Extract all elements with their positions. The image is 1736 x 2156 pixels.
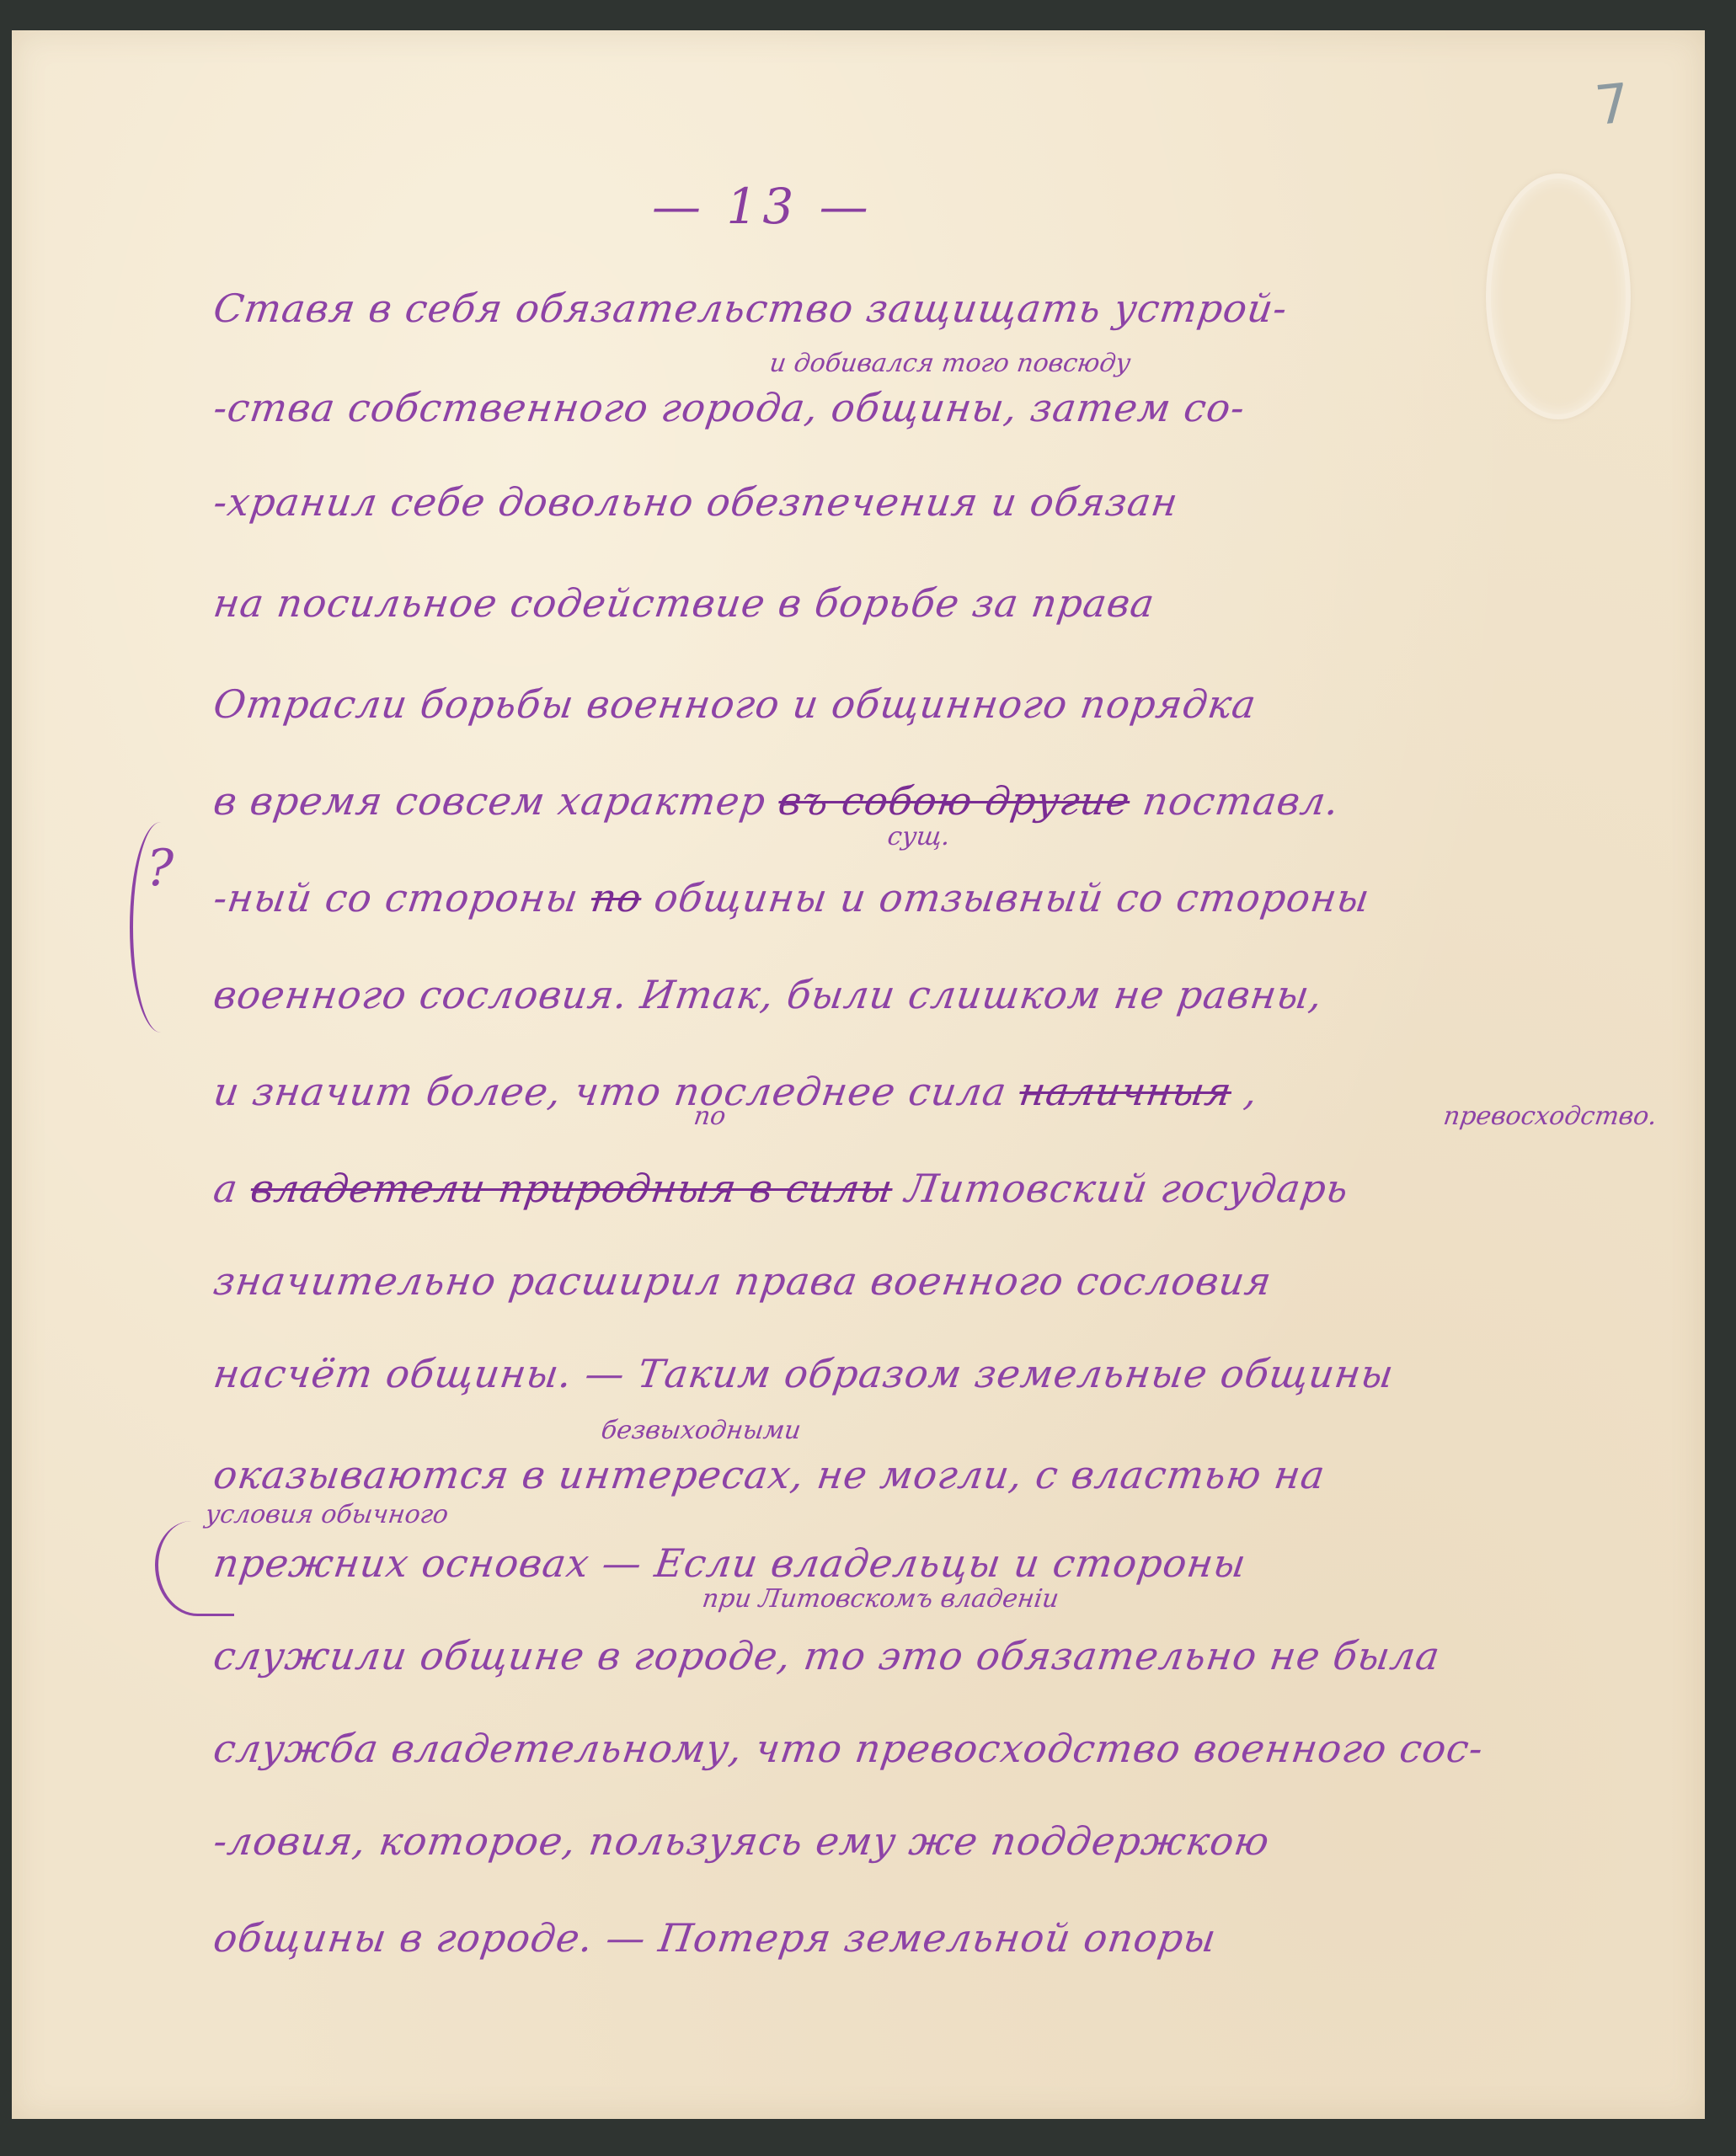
- manuscript-line: военного сословия. Итак, были слишком не…: [211, 969, 1700, 1020]
- interlinear-insertion: при Литовскомъ владеніи: [701, 1584, 1061, 1614]
- manuscript-line: в время совсем характер въ собою другие …: [211, 776, 1700, 826]
- manuscript-line: -ный со стороны по общины и отзывный со …: [211, 873, 1700, 923]
- manuscript-line: оказываются в интересах, не могли, с вла…: [211, 1449, 1700, 1500]
- struck-text: въ собою другие: [776, 778, 1133, 824]
- manuscript-line: прежних основах — Если владельцы и сторо…: [211, 1538, 1700, 1588]
- struck-text: владетели природныя в силы: [248, 1166, 895, 1211]
- manuscript-line: Отрасли борьбы военного и общинного поря…: [211, 679, 1700, 729]
- margin-question-mark: ?: [147, 839, 174, 898]
- interlinear-insertion: условия обычного: [204, 1500, 451, 1529]
- manuscript-line: -ства собственного города, общины, затем…: [211, 382, 1700, 433]
- manuscript-line: -ловия, которое, пользуясь ему же поддер…: [211, 1816, 1700, 1866]
- interlinear-insertion: сущ.: [886, 822, 953, 851]
- manuscript-line: значительно расширил права военного сосл…: [211, 1256, 1700, 1306]
- manuscript-line: а владетели природныя в силы Литовский г…: [211, 1163, 1700, 1214]
- manuscript-line: Ставя в себя обязательство защищать устр…: [211, 283, 1700, 334]
- manuscript-page: 7 — 13 — ? и добивался того повсюду сущ.…: [12, 30, 1705, 2119]
- manuscript-line: и значит более, что последнее сила налич…: [211, 1066, 1700, 1117]
- struck-text: наличныя: [1017, 1069, 1235, 1114]
- struck-text: по: [588, 875, 644, 921]
- manuscript-line: на посильное содействие в борьбе за прав…: [211, 578, 1700, 628]
- manuscript-line: -хранил себе довольно обезпечения и обяз…: [211, 477, 1700, 527]
- manuscript-line: служили общине в городе, то это обязател…: [211, 1630, 1700, 1681]
- manuscript-line: насчёт общины. — Таким образом земельные…: [211, 1348, 1700, 1399]
- archive-folio-number: 7: [1592, 72, 1632, 138]
- interlinear-insertion: и добивался того повсюду: [768, 349, 1133, 378]
- manuscript-line: служба владетельному, что превосходство …: [211, 1723, 1700, 1774]
- manuscript-line: общины в городе. — Потеря земельной опор…: [211, 1913, 1700, 1963]
- page-number: — 13 —: [652, 178, 873, 235]
- interlinear-insertion: безвыходными: [600, 1416, 804, 1445]
